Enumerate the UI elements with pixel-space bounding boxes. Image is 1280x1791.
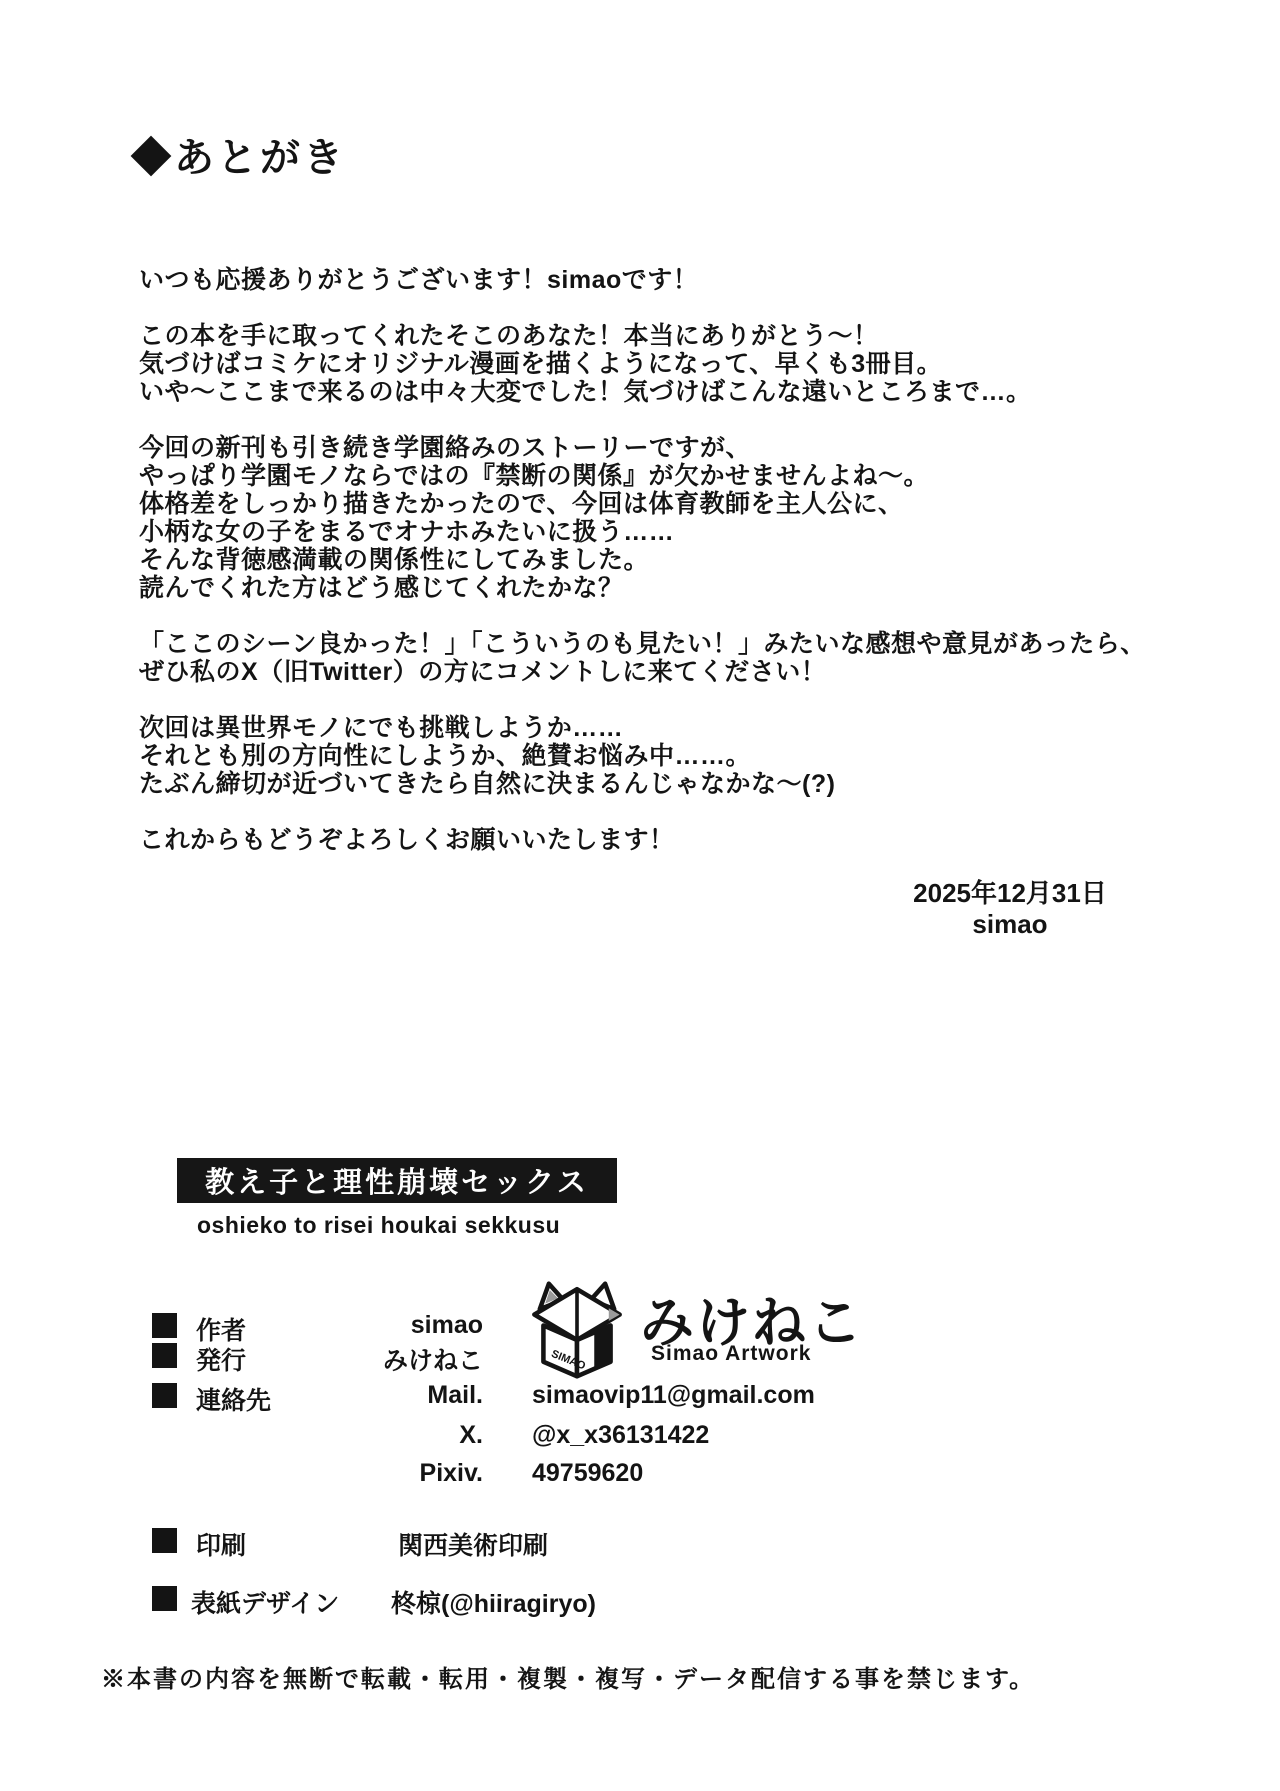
cover-design-value: 柊椋(@hiiragiryo) — [391, 1584, 596, 1620]
afterword-page: ◆あとがき いつも応援ありがとうございます！simaoです！ この本を手に取って… — [0, 0, 1280, 1791]
body-line: たぶん締切が近づいてきたら自然に決まるんじゃなかな〜(?) — [139, 770, 1146, 798]
body-line: 読んでくれた方はどう感じてくれたかな？ — [139, 574, 1146, 602]
print-value: 関西美術印刷 — [398, 1526, 548, 1562]
print-label: 印刷 — [196, 1526, 246, 1562]
contact-value-pixiv: 49759620 — [532, 1459, 643, 1488]
contact-key-mail: Mail. — [275, 1381, 483, 1410]
bullet-square-icon — [152, 1528, 177, 1553]
body-line: それとも別の方向性にしようか、絶賛お悩み中……。 — [139, 742, 1146, 770]
body-line: 次回は異世界モノにでも挑戦しようか…… — [139, 714, 1146, 742]
publisher-label: 発行 — [196, 1341, 246, 1377]
book-title: 教え子と理性崩壊セックス — [205, 1160, 589, 1201]
date: 2025年12月31日 — [880, 878, 1140, 909]
disclaimer: ※本書の内容を無断で転載・転用・複製・複写・データ配信する事を禁じます。 — [101, 1659, 1035, 1694]
bullet-square-icon — [152, 1383, 177, 1408]
body-line: やっぱり学園モノならではの『禁断の関係』が欠かせませんよね〜。 — [139, 462, 1146, 490]
body-line: 体格差をしっかり描きたかったので、今回は体育教師を主人公に、 — [139, 490, 1146, 518]
contact-key-x: X. — [275, 1421, 483, 1450]
publisher-value: みけねこ — [275, 1341, 483, 1377]
contact-key-pixiv: Pixiv. — [275, 1459, 483, 1488]
body-line: 今回の新刊も引き続き学園絡みのストーリーですが、 — [139, 434, 1146, 462]
body-line: いつも応援ありがとうございます！simaoです！ — [139, 266, 698, 294]
paragraph: いつも応援ありがとうございます！simaoです！ — [139, 266, 1146, 294]
signature: simao — [880, 909, 1140, 940]
mikeneko-box-icon: SIMAO — [518, 1278, 636, 1387]
logo-subtitle: Simao Artwork — [651, 1342, 811, 1366]
body-line: これからもどうぞよろしくお願いいたします！ — [139, 826, 1146, 854]
contact-label: 連絡先 — [196, 1381, 271, 1417]
bullet-square-icon — [152, 1343, 177, 1368]
body-line: ぜひ私のX（旧Twitter）の方にコメントしに来てください！ — [139, 658, 1146, 686]
book-title-romaji: oshieko to risei houkai sekkusu — [197, 1212, 560, 1239]
body-line: 気づけばコミケにオリジナル漫画を描くようになって、早くも3冊目。 — [139, 350, 1146, 378]
body-line: 小柄な女の子をまるでオナホみたいに扱う…… — [139, 518, 1146, 546]
body-line: 「ここのシーン良かった！」「こういうのも見たい！」みたいな感想や意見があったら、 — [139, 630, 1146, 658]
page-title: ◆あとがき — [131, 126, 346, 183]
book-title-bar: 教え子と理性崩壊セックス — [177, 1158, 617, 1203]
afterword-body: いつも応援ありがとうございます！simaoです！ この本を手に取ってくれたそこの… — [139, 266, 1146, 882]
body-line: そんな背徳感満載の関係性にしてみました。 — [139, 546, 1146, 574]
body-line: この本を手に取ってくれたそこのあなた！本当にありがとう〜！ — [139, 322, 1146, 350]
contact-value-x: @x_x36131422 — [532, 1421, 709, 1450]
bullet-square-icon — [152, 1313, 177, 1338]
body-line: いや〜ここまで来るのは中々大変でした！気づけばこんな遠いところまで…。 — [139, 378, 1146, 406]
cover-design-label: 表紙デザイン — [191, 1584, 339, 1620]
date-signature-block: 2025年12月31日 simao — [880, 878, 1140, 940]
author-value: simao — [275, 1311, 483, 1340]
bullet-square-icon — [152, 1586, 177, 1611]
